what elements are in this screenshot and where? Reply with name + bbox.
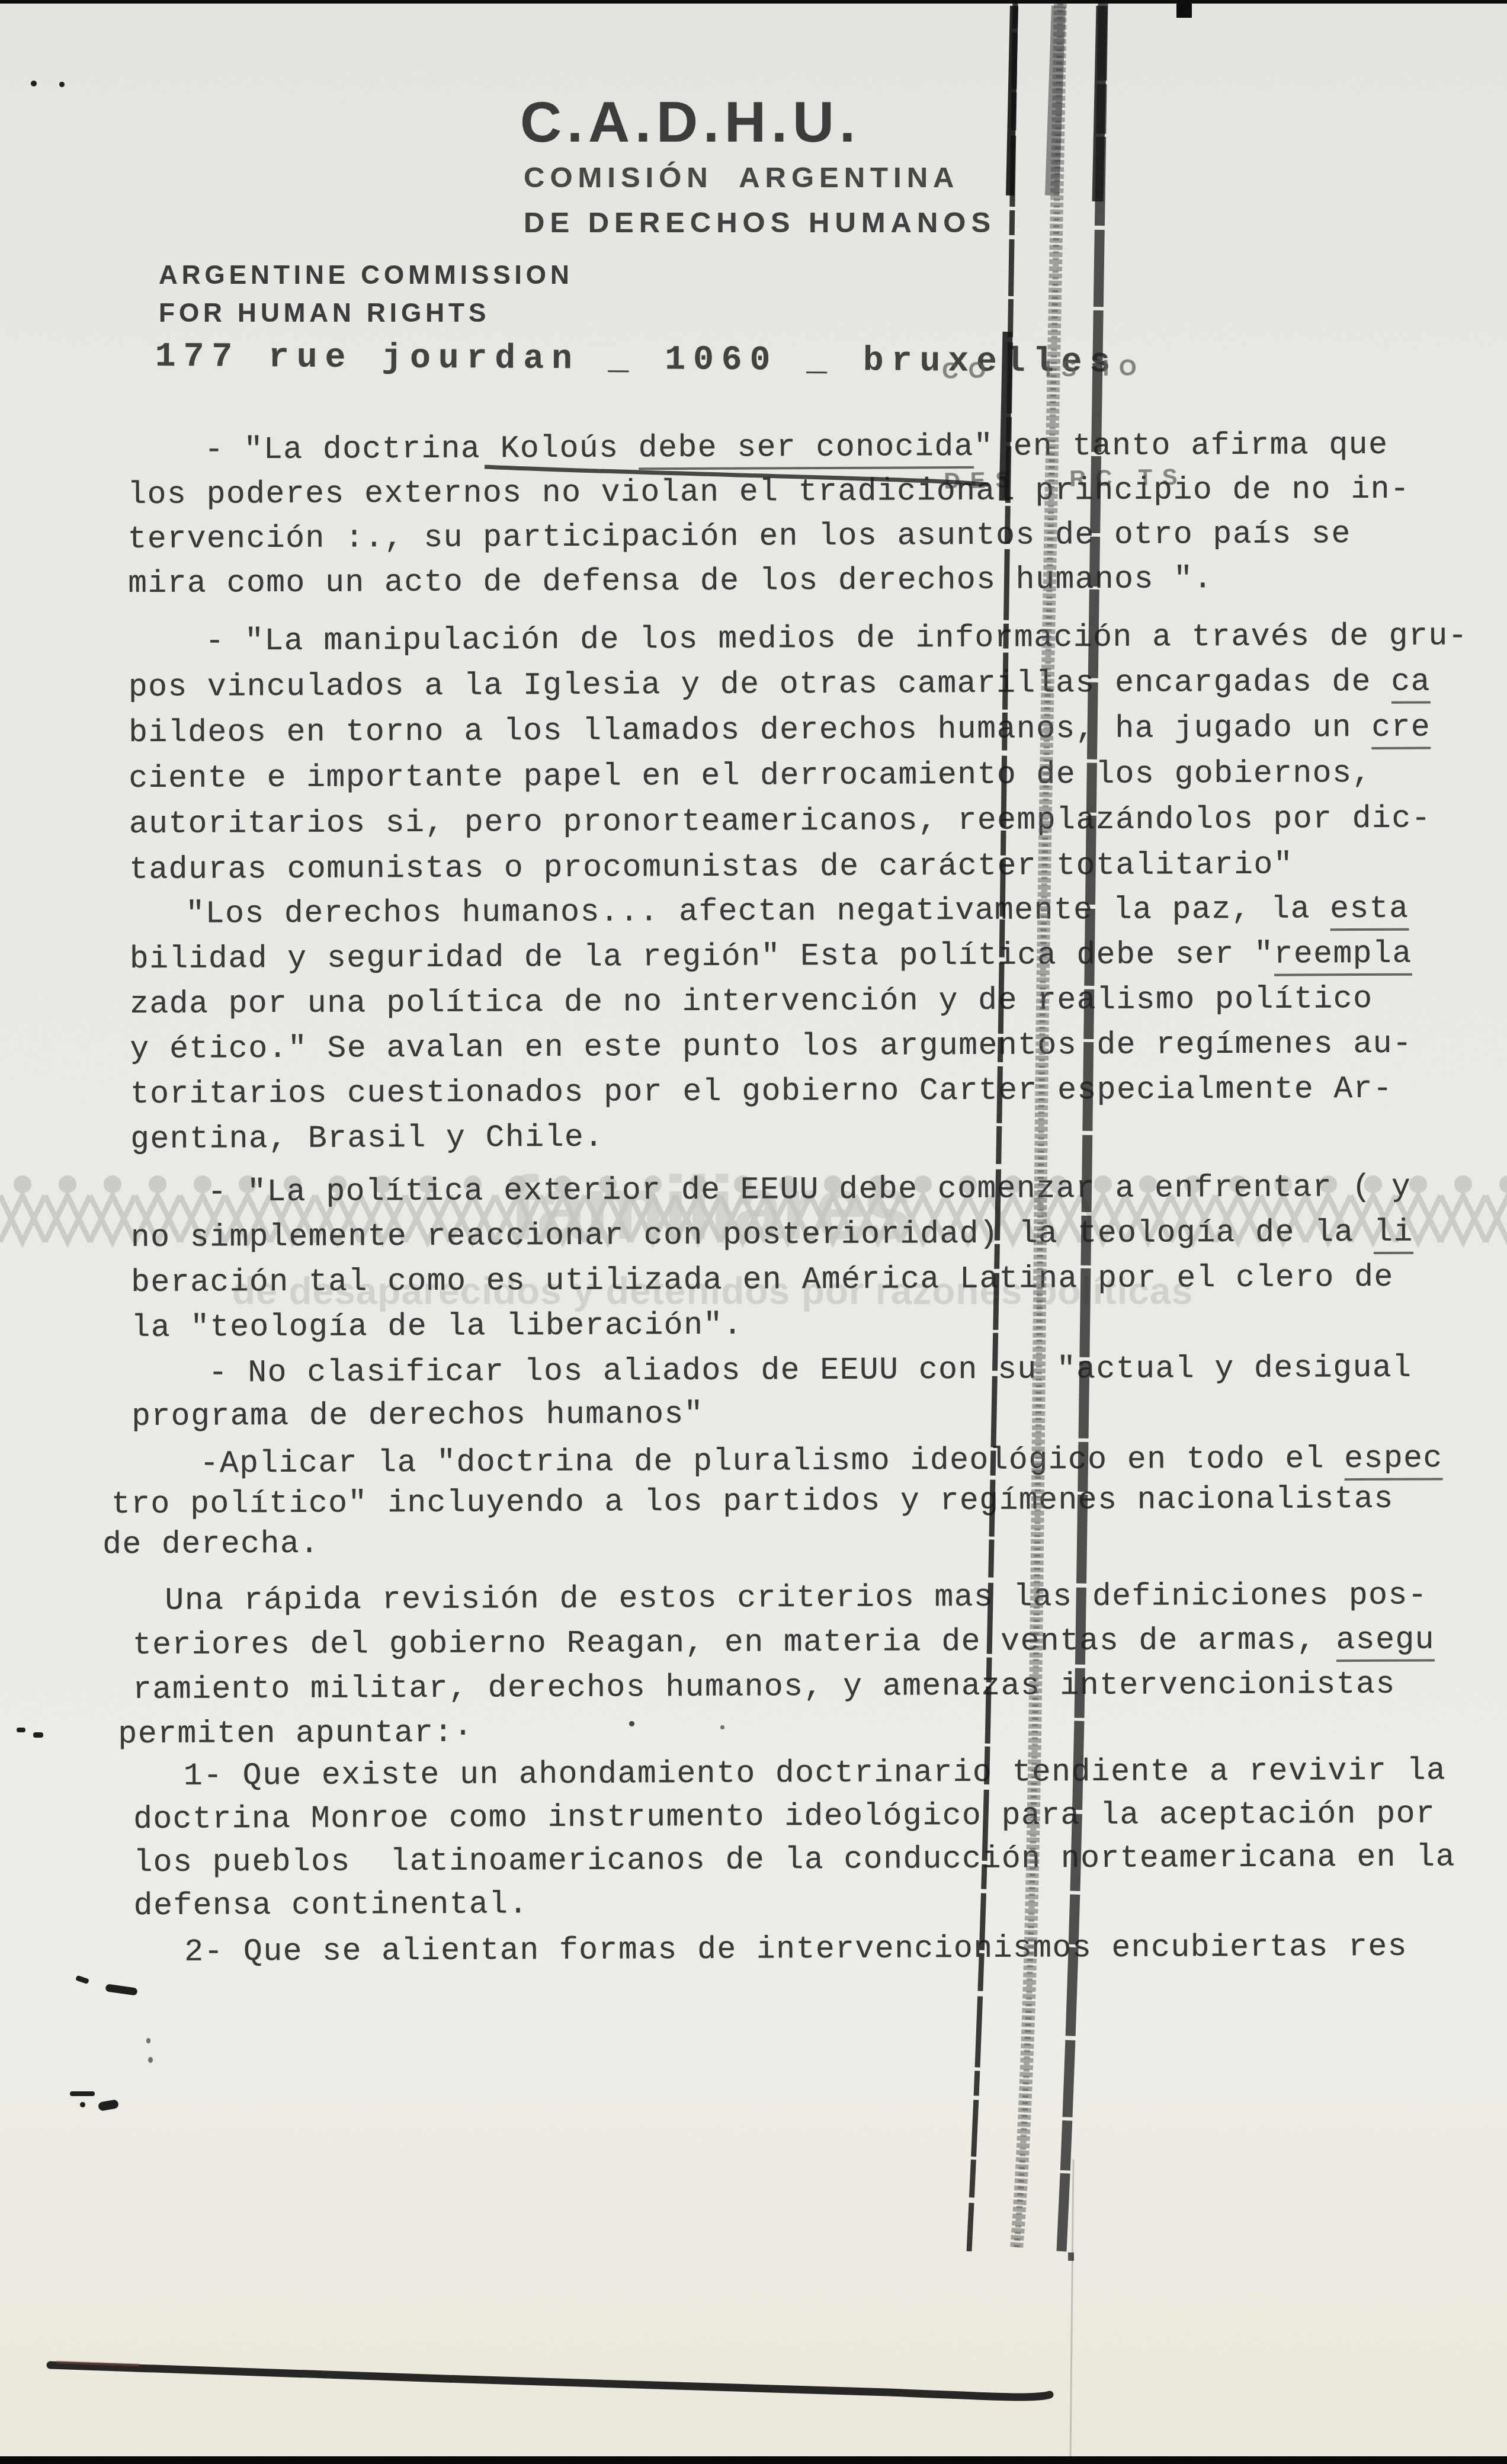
ink-speck bbox=[31, 81, 37, 86]
ink-speck bbox=[17, 1728, 25, 1732]
ink-speck bbox=[59, 82, 65, 87]
ink-streak-right bbox=[1062, 4, 1103, 2251]
paper-crease bbox=[1070, 2159, 1073, 2456]
ink-speck bbox=[629, 1721, 634, 1726]
ink-speck bbox=[80, 2102, 85, 2107]
ink-speck bbox=[146, 2038, 150, 2043]
ink-artifacts bbox=[0, 0, 1507, 2464]
ink-speck bbox=[33, 1732, 43, 1738]
ink-speck bbox=[148, 2057, 153, 2063]
bottom-pen-line bbox=[50, 2365, 1050, 2397]
ink-speck bbox=[70, 2091, 95, 2096]
document-page: familiares de desaparecidos y detenidos … bbox=[0, 0, 1507, 2464]
underline-stroke bbox=[485, 467, 988, 485]
ink-speck bbox=[720, 1725, 724, 1729]
